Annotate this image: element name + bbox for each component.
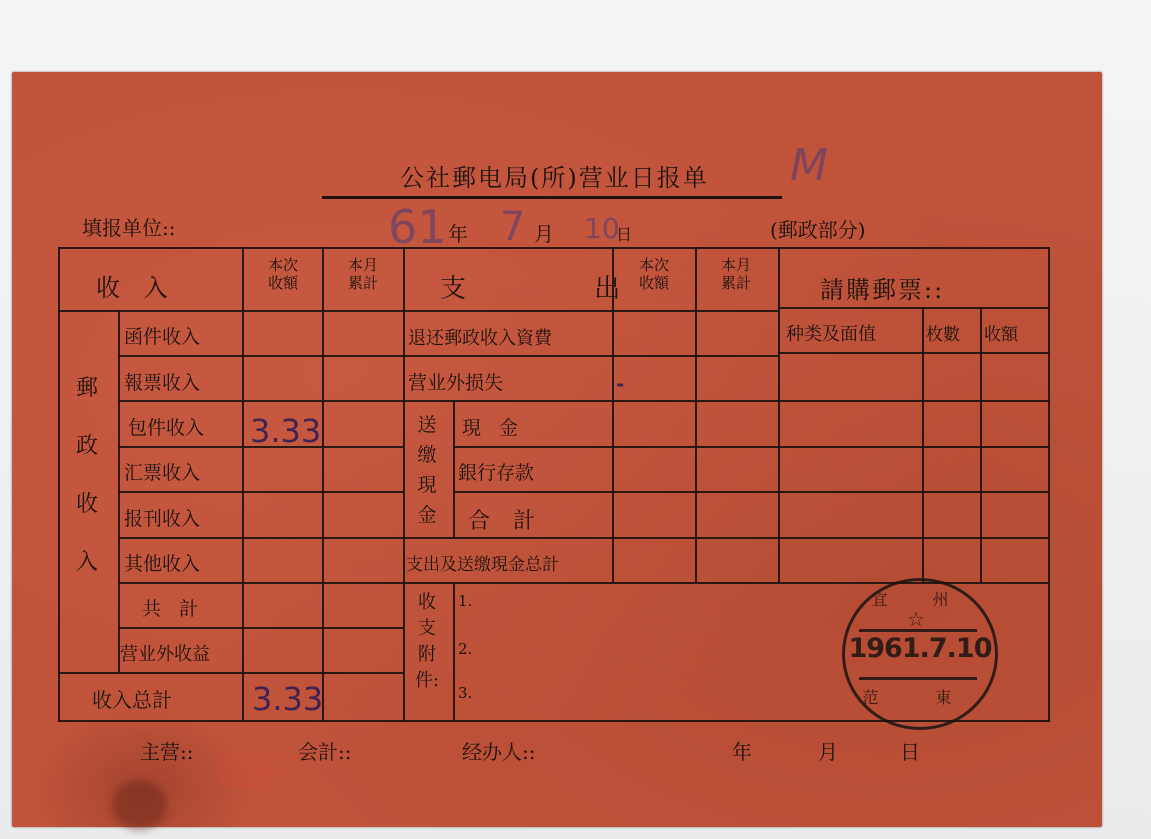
- income-month-cumulative-header: 本月 累計: [328, 256, 398, 292]
- income-row-label: 营业外收益: [120, 640, 210, 666]
- income-row-label: 报刊收入: [124, 504, 200, 531]
- income-row-label: 共 計: [142, 594, 204, 621]
- title-underline: [322, 196, 782, 199]
- remit-cash-group-label: 送缴現金: [414, 410, 440, 530]
- footer-month-label: 月: [818, 736, 838, 765]
- postmark-upper-band: [859, 629, 977, 632]
- supervisor-label: 主营::: [140, 736, 193, 765]
- star-icon: ☆: [907, 607, 925, 631]
- stamp-col-count: 枚數: [926, 320, 960, 345]
- expense-row-label: 营业外损失: [408, 368, 503, 395]
- attachments-label: 收支附件:: [414, 590, 440, 694]
- stamp-purchase-header: 請購郵票::: [820, 270, 944, 305]
- postmark-stamp: 宜 州 ☆ 1961.7.10 范 東: [842, 578, 998, 730]
- red-seal-mark: ▤▤▤▤▤▥▥▥▥▥▤▤▤▤: [218, 752, 288, 788]
- attachment-item-3: 3.: [458, 684, 472, 702]
- expense-this-amount-header: 本次 收額: [618, 256, 690, 292]
- day-label: 日: [616, 222, 632, 245]
- parcel-income-this-value: 3.33: [250, 412, 321, 450]
- income-row-label: 包件收入: [128, 413, 204, 440]
- footer-year-label: 年: [732, 736, 752, 765]
- remit-row-label: 銀行存款: [458, 458, 534, 485]
- footer-day-label: 日: [900, 736, 920, 765]
- expense-row-label: 退还郵政收入資費: [408, 324, 552, 350]
- month-label: 月: [534, 218, 554, 247]
- title-annotation: M: [790, 140, 828, 191]
- stamp-col-amount: 收額: [984, 320, 1018, 345]
- form-title: 公社郵电局(所)营业日报单: [400, 158, 709, 193]
- postmark-lower-band: [859, 677, 977, 680]
- postal-income-group-label: 郵政收入: [72, 360, 102, 592]
- postmark-bottom-text: 范 東: [845, 685, 995, 708]
- stain-smudge: [112, 780, 167, 830]
- year-label: 年: [448, 218, 468, 247]
- remit-row-label: 合 計: [468, 504, 543, 535]
- header-line: 本月: [700, 256, 772, 274]
- reporting-unit-label: 填报单位::: [82, 212, 175, 241]
- income-total-this-value: 3.33: [252, 680, 323, 718]
- handwritten-month: 7: [500, 204, 525, 250]
- expense-total-label: 支出及送缴現金总計: [406, 550, 559, 575]
- income-this-amount-header: 本次 收額: [248, 256, 318, 292]
- header-line: 收額: [248, 274, 318, 292]
- stamp-col-type-value: 种类及面值: [786, 320, 876, 346]
- income-row-label: 汇票收入: [124, 458, 200, 485]
- income-total-label: 收入总計: [92, 684, 172, 713]
- income-row-label: 其他收入: [124, 549, 200, 576]
- header-line: 本次: [618, 256, 690, 274]
- business-loss-mark: -: [616, 372, 624, 396]
- expense-month-cumulative-header: 本月 累計: [700, 256, 772, 292]
- handwritten-day: 10: [584, 212, 620, 245]
- handler-label: 经办人::: [462, 736, 535, 765]
- accountant-label: 会計::: [298, 736, 351, 765]
- remit-row-label: 現 金: [462, 413, 524, 440]
- header-line: 本月: [328, 256, 398, 274]
- header-line: 收額: [618, 274, 690, 292]
- attachment-item-2: 2.: [458, 640, 472, 658]
- header-line: 本次: [248, 256, 318, 274]
- income-row-label: 函件收入: [124, 322, 200, 349]
- header-line: 累計: [700, 274, 772, 292]
- attachment-item-1: 1.: [458, 592, 472, 610]
- handwritten-year: 61: [388, 200, 447, 254]
- section-note: (郵政部分): [770, 214, 866, 243]
- income-row-label: 報票收入: [124, 368, 200, 395]
- postmark-date: 1961.7.10: [845, 633, 995, 664]
- income-header: 收 入: [96, 268, 176, 303]
- header-line: 累計: [328, 274, 398, 292]
